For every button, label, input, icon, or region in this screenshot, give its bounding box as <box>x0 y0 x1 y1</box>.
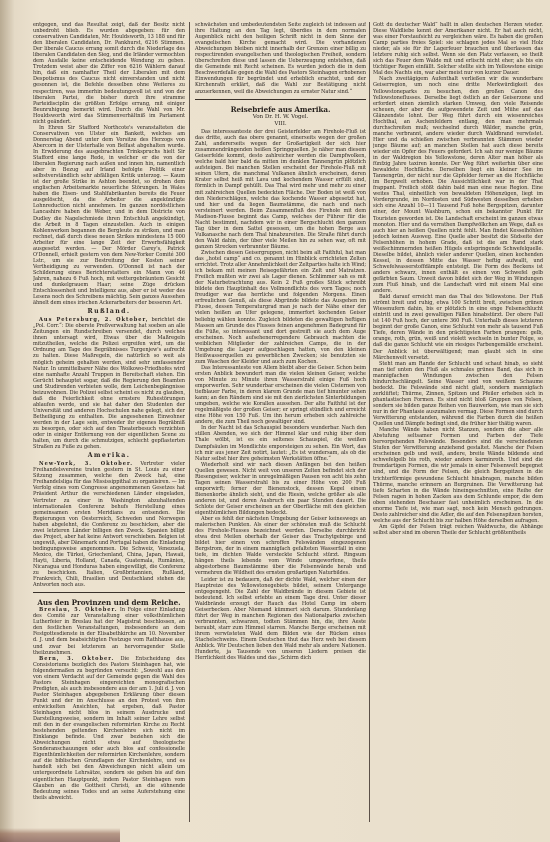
horizontal-rule <box>33 592 185 593</box>
paragraph: schwächsten und umbedeutendsten Seite zu… <box>195 22 366 95</box>
paragraph: Leider ist zu bedauern, daß der dichte W… <box>195 577 366 662</box>
paragraph-text: Gott du deutscher Wald“ hallt in allen d… <box>373 22 543 76</box>
paragraph-text: Nach zweitägigem Aufenthalt verließen wi… <box>373 76 543 294</box>
paragraph-text: Steht man am Rande der Schlucht und scha… <box>373 361 543 427</box>
paragraph-text: Zwischen diesen Geisergruppen, nicht bei… <box>195 250 366 365</box>
paragraph: Steht man am Rande der Schlucht und scha… <box>373 361 543 428</box>
paragraph: Breslau, 5. Oktober. In Folge einer Einl… <box>33 607 185 655</box>
paragraph-text: Aber es fehlt der nächsten Umgebung der … <box>195 516 366 576</box>
column-1: entgegen, und das Resultat zeigt, daß de… <box>33 22 185 822</box>
paragraph-text: Bald darauf erreicht man das Thal des Ye… <box>373 294 543 360</box>
paragraph-text: schwächsten und umbedeutendsten Seite zu… <box>195 22 366 95</box>
paragraph: Zwischen diesen Geisergruppen, nicht bei… <box>195 250 366 365</box>
paragraph: In der Nacht ist das Schauspiel besonder… <box>195 425 366 461</box>
paragraph: Am Gipfel der Felsen trägt reichen Waldw… <box>373 524 543 536</box>
column-3: Gott du deutscher Wald“ hallt in allen d… <box>373 22 543 822</box>
paragraph: Aber es fehlt der nächsten Umgebung der … <box>195 516 366 576</box>
paragraph: entgegen, und das Resultat zeigt, daß de… <box>33 22 185 125</box>
paragraph-text: Am Gipfel der Felsen trägt reichen Waldw… <box>373 524 543 536</box>
paragraph-text: Die Entscheidung des Consistoriums bezüg… <box>33 656 185 801</box>
paragraph-text: Das Interessanteste von Allem bleibt abe… <box>195 365 366 425</box>
newspaper-page: entgegen, und das Resultat zeigt, daß de… <box>0 0 550 842</box>
article-title: Aus den Provinzen und dem Reiche. <box>33 598 185 607</box>
horizontal-rule <box>195 99 366 101</box>
paragraph: Das interessanteste der drei Geisterfeld… <box>195 129 366 250</box>
section-heading: Amerika. <box>33 452 185 460</box>
paragraph-text: Leider ist zu bedauern, daß der dichte W… <box>195 577 366 662</box>
paragraph: In Ehren Sir Stafford Northcote's verans… <box>33 125 185 306</box>
section-heading: Rußland. <box>33 308 185 316</box>
paragraph-text: entgegen, und das Resultat zeigt, daß de… <box>33 22 185 125</box>
paragraph-text: berichtet die „Pol. Corr.“: Die oberste … <box>33 317 185 450</box>
paragraph: Gott du deutscher Wald“ hallt in allen d… <box>373 22 543 76</box>
binding-edge <box>0 828 120 842</box>
paragraph: Bald darauf erreicht man das Thal des Ye… <box>373 294 543 361</box>
paragraph-text: In Ehren Sir Stafford Northcote's verans… <box>33 125 185 306</box>
column-divider-1 <box>189 22 190 822</box>
paragraph-text: Das interessanteste der drei Geisterfeld… <box>195 129 366 250</box>
article-title: Reisebriefe aus Amerika. <box>195 105 366 114</box>
paragraph: Wiederholt sind wir nach diesen Anfängen… <box>195 462 366 516</box>
paragraph: Aus Petersburg, 2. Oktober, berichtet di… <box>33 317 185 450</box>
binding-gutter <box>0 0 14 842</box>
paragraph: New-York, 3. Oktober. Vertreter vieler F… <box>33 461 185 588</box>
paragraph: Nach zweitägigem Aufenthalt verließen wi… <box>373 76 543 294</box>
paragraph-text: In Folge einer Einladung des Comité zur … <box>33 607 185 655</box>
column-divider-2 <box>369 22 370 822</box>
paragraph-text: In der Nacht ist das Schauspiel besonder… <box>195 425 366 461</box>
article-author: Von Dr. H. W. Vogel. <box>195 114 366 121</box>
paragraph-text: Manche Wände haben nicht Stanzen, sonder… <box>373 427 543 524</box>
article-part-number: VIII. <box>195 121 366 128</box>
paragraph-text: Wiederholt sind wir nach diesen Anfängen… <box>195 462 366 516</box>
paragraph: Bern, 3. Oktober. Die Entscheidung des C… <box>33 656 185 801</box>
column-2: schwächsten und umbedeutendsten Seite zu… <box>195 22 366 822</box>
paragraph: Das Interessanteste von Allem bleibt abe… <box>195 365 366 425</box>
paragraph-text: Vertreter vieler Freihandelsvereine trat… <box>33 461 185 588</box>
paragraph: Manche Wände haben nicht Stanzen, sonder… <box>373 427 543 524</box>
